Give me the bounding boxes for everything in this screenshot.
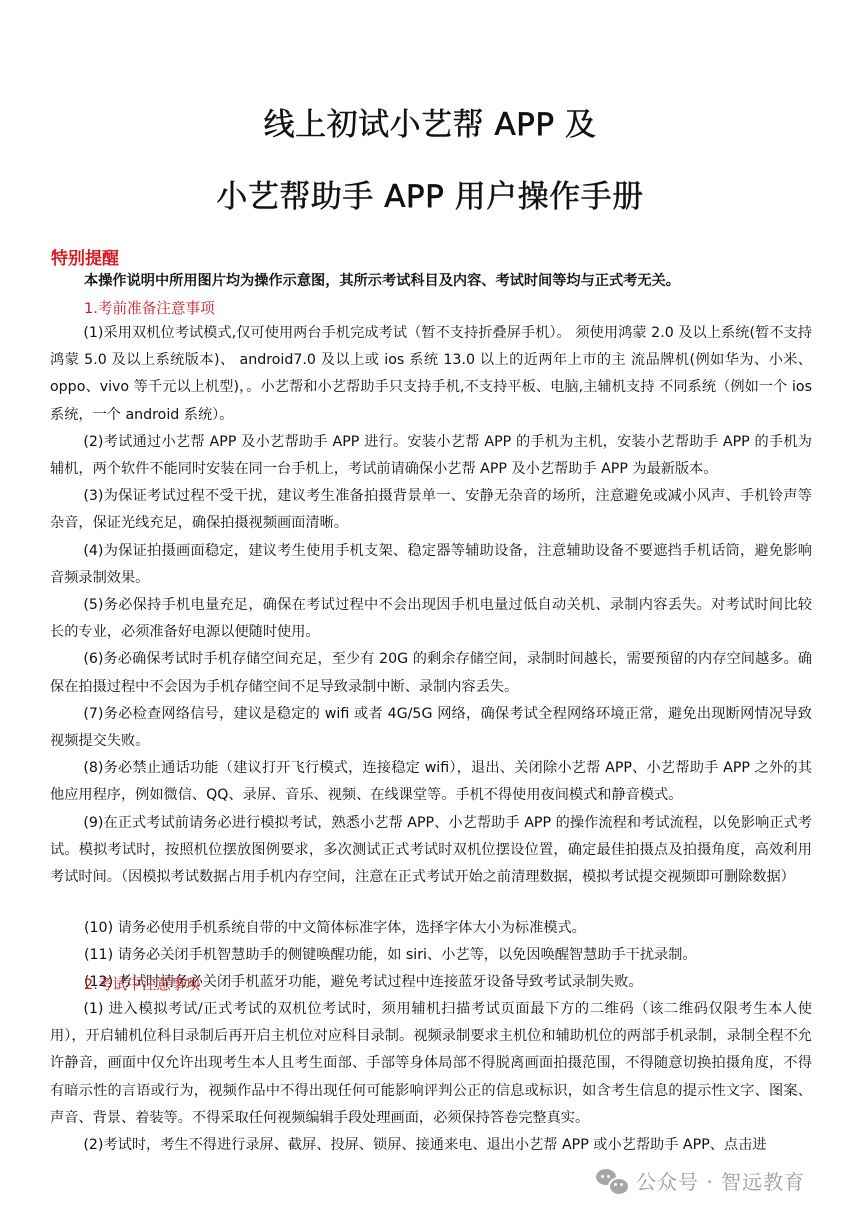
item-1-2: (2)考试通过小艺帮 APP 及小艺帮助手 APP 进行。安装小艺帮 APP 的… [50, 429, 812, 483]
item-1-5: (5)务必保持手机电量充足，确保在考试过程中不会出现因手机电量过低自动关机、录制… [50, 592, 812, 646]
item-1-8: (8)务必禁止通话功能（建议打开飞行模式，连接稳定 wifi），退出、关闭除小艺… [50, 755, 812, 809]
item-1-11: (11) 请务必关闭手机智慧助手的侧键唤醒功能，如 siri、小艺等，以免因唤醒… [84, 942, 812, 969]
item-1-9: (9)在正式考试前请务必进行模拟考试，熟悉小艺帮 APP、小艺帮助手 APP 的… [50, 810, 812, 892]
section-1-heading: 1.考前准备注意事项 [84, 297, 215, 318]
special-reminder-heading: 特别提醒 [51, 244, 119, 269]
item-1-4: (4)为保证拍摄画面稳定，建议考生使用手机支架、稳定器等辅助设备，注意辅助设备不… [50, 538, 812, 592]
title-line-1: 线上初试小艺帮 APP 及 [0, 99, 860, 144]
item-1-7: (7)务必检查网络信号，建议是稳定的 wifi 或者 4G/5G 网络，确保考试… [50, 701, 812, 755]
item-1-10: (10) 请务必使用手机系统自带的中文简体标准字体，选择字体大小为标准模式。 [84, 915, 812, 942]
title-line-2: 小艺帮助手 APP 用户操作手册 [0, 171, 860, 216]
wechat-icon [596, 1167, 630, 1195]
section-2-heading: 2.考试中注意事项 [84, 973, 200, 994]
item-2-1: (1) 进入模拟考试/正式考试的双机位考试时，须用辅机扫描考试页面最下方的二维码… [50, 996, 812, 1132]
watermark-text: 公众号 · 智远教育 [636, 1166, 805, 1195]
item-1-1: (1)采用双机位考试模式,仅可使用两台手机完成考试（暂不支持折叠屏手机）。 须使… [50, 320, 812, 429]
item-1-6: (6)务必确保考试时手机存储空间充足，至少有 20G 的剩余存储空间，录制时间越… [50, 646, 812, 700]
watermark: 公众号 · 智远教育 [596, 1166, 805, 1195]
section-1-items: (1)采用双机位考试模式,仅可使用两台手机完成考试（暂不支持折叠屏手机）。 须使… [50, 320, 812, 891]
item-1-3: (3)为保证考试过程不受干扰，建议考生准备拍摄背景单一、安静无杂音的场所，注意避… [50, 483, 812, 537]
section-2-items: (1) 进入模拟考试/正式考试的双机位考试时，须用辅机扫描考试页面最下方的二维码… [50, 996, 812, 1159]
item-2-2: (2)考试时，考生不得进行录屏、截屏、投屏、锁屏、接通来电、退出小艺帮 APP … [50, 1132, 812, 1159]
notice-statement: 本操作说明中所用图片均为操作示意图，其所示考试科目及内容、考试时间等均与正式考无… [84, 270, 824, 290]
